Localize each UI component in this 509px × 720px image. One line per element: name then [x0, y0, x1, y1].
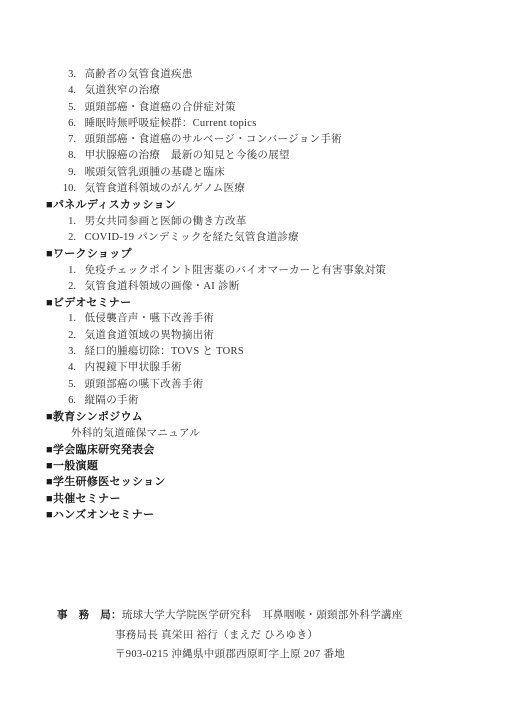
- section-items: 1. 低侵襲音声・嚥下改善手術 2. 気道食道領域の異物摘出術 3. 経口的腫瘍…: [46, 311, 486, 409]
- program-section: ■ハンズオンセミナー: [46, 507, 486, 523]
- section-heading: ■学生研修医セッション: [46, 474, 486, 490]
- section-heading: ■ハンズオンセミナー: [46, 507, 486, 523]
- program-section: ■ワークショップ 1. 免疫チェックポイント阻害薬のバイオマーカーと有害事象対策…: [46, 246, 486, 295]
- list-item: 3. 経口的腫瘍切除：TOVS と TORS: [46, 344, 486, 360]
- list-item: 2. 気道食道領域の異物摘出術: [46, 328, 486, 344]
- program-section: ■教育シンポジウム 外科的気道確保マニュアル: [46, 409, 486, 442]
- item-text: 高齢者の気管食道疾患: [85, 69, 193, 80]
- item-number: 1.: [46, 311, 76, 327]
- square-bullet-icon: ■: [46, 248, 53, 260]
- section-heading: ■ワークショップ: [46, 246, 486, 262]
- program-section: ■学会臨床研究発表会: [46, 442, 486, 458]
- program-section: ■共催セミナー: [46, 491, 486, 507]
- square-bullet-icon: ■: [46, 493, 53, 505]
- item-number: 6.: [46, 393, 76, 409]
- item-text: 気道狭窄の治療: [85, 85, 161, 96]
- section-title: パネルディスカッション: [53, 199, 176, 211]
- item-number: 6.: [46, 116, 76, 132]
- section-title: 共催セミナー: [53, 493, 121, 505]
- item-text: 男女共同参画と医師の働き方改革: [85, 216, 247, 227]
- item-number: 9.: [46, 165, 76, 181]
- list-item: 10. 気管食道科領域のがんゲノム医療: [46, 181, 486, 197]
- item-number: 1.: [46, 263, 76, 279]
- section-heading: ■ビデオセミナー: [46, 295, 486, 311]
- document-page: 3. 高齢者の気管食道疾患 4. 気道狭窄の治療 5. 頭頸部癌・食道癌の合併症…: [0, 0, 509, 720]
- item-number: 8.: [46, 148, 76, 164]
- item-text: 免疫チェックポイント阻害薬のバイオマーカーと有害事象対策: [85, 265, 387, 276]
- item-text: 睡眠時無呼吸症候群：Current topics: [85, 118, 257, 129]
- list-item: 3. 高齢者の気管食道疾患: [46, 67, 486, 83]
- section-heading: ■学会臨床研究発表会: [46, 442, 486, 458]
- section-title: ワークショップ: [53, 248, 132, 260]
- program-section: ■学生研修医セッション: [46, 474, 486, 490]
- item-text: 気管食道科領域のがんゲノム医療: [85, 183, 246, 194]
- section-title: ハンズオンセミナー: [53, 509, 154, 521]
- item-number: 4.: [46, 83, 76, 99]
- item-number: 3.: [46, 344, 76, 360]
- section-heading: ■教育シンポジウム: [46, 409, 486, 425]
- section-heading: ■共催セミナー: [46, 491, 486, 507]
- continued-numbered-list: 3. 高齢者の気管食道疾患 4. 気道狭窄の治療 5. 頭頸部癌・食道癌の合併症…: [46, 67, 486, 197]
- list-item: 8. 甲状腺癌の治療 最新の知見と今後の展望: [46, 148, 486, 164]
- list-item: 4. 内視鏡下甲状腺手術: [46, 360, 486, 376]
- item-text: 頭頸部癌・食道癌のサルベージ・コンバージョン手術: [85, 134, 342, 145]
- item-text: 縦隔の手術: [85, 395, 139, 406]
- item-number: 5.: [46, 377, 76, 393]
- section-title: ビデオセミナー: [53, 297, 132, 309]
- section-items: 外科的気道確保マニュアル: [46, 426, 486, 442]
- list-item: 9. 喉頭気管乳頭腫の基礎と臨床: [46, 165, 486, 181]
- item-number: 1.: [46, 214, 76, 230]
- list-item: 5. 頭頸部癌・食道癌の合併症対策: [46, 100, 486, 116]
- program-sections: ■パネルディスカッション 1. 男女共同参画と医師の働き方改革 2. COVID…: [46, 197, 486, 523]
- item-text: 喉頭気管乳頭腫の基礎と臨床: [85, 167, 225, 178]
- program-list: 3. 高齢者の気管食道疾患 4. 気道狭窄の治療 5. 頭頸部癌・食道癌の合併症…: [46, 67, 486, 523]
- section-items: 1. 男女共同参画と医師の働き方改革 2. COVID-19 パンデミックを経た…: [46, 214, 486, 247]
- item-number: 10.: [46, 181, 76, 197]
- secretariat-office-row: 事 務 局：琉球大学大学院医学研究科 耳鼻咽喉・頭頸部外科学講座: [57, 606, 403, 626]
- square-bullet-icon: ■: [46, 460, 53, 472]
- section-items: 1. 免疫チェックポイント阻害薬のバイオマーカーと有害事象対策 2. 気管食道科…: [46, 263, 486, 296]
- list-item: 2. COVID-19 パンデミックを経た気管食道診療: [46, 230, 486, 246]
- item-number: 3.: [46, 67, 76, 83]
- square-bullet-icon: ■: [46, 199, 53, 211]
- square-bullet-icon: ■: [46, 444, 53, 456]
- section-heading: ■パネルディスカッション: [46, 197, 486, 213]
- list-item: 4. 気道狭窄の治療: [46, 83, 486, 99]
- secretariat-address: 〒903-0215 沖縄県中頭郡西原町字上原 207 番地: [57, 645, 403, 665]
- section-title: 一般演題: [53, 460, 98, 472]
- item-number: 2.: [46, 230, 76, 246]
- square-bullet-icon: ■: [46, 297, 53, 309]
- list-item: 1. 免疫チェックポイント阻害薬のバイオマーカーと有害事象対策: [46, 263, 486, 279]
- item-number: 7.: [46, 132, 76, 148]
- list-item: 6. 睡眠時無呼吸症候群：Current topics: [46, 116, 486, 132]
- item-text: 甲状腺癌の治療 最新の知見と今後の展望: [85, 150, 290, 161]
- list-item: 2. 気管食道科領域の画像・AI 診断: [46, 279, 486, 295]
- list-item: 6. 縦隔の手術: [46, 393, 486, 409]
- list-item: 1. 低侵襲音声・嚥下改善手術: [46, 311, 486, 327]
- item-text: COVID-19 パンデミックを経た気管食道診療: [85, 232, 299, 243]
- item-text: 内視鏡下甲状腺手術: [85, 362, 182, 373]
- program-section: ■一般演題: [46, 458, 486, 474]
- item-text: 気管食道科領域の画像・AI 診断: [85, 281, 240, 292]
- item-text: 頭頸部癌の嚥下改善手術: [85, 379, 204, 390]
- section-title: 学会臨床研究発表会: [53, 444, 155, 456]
- list-item: 1. 男女共同参画と医師の働き方改革: [46, 214, 486, 230]
- program-section: ■ビデオセミナー 1. 低侵襲音声・嚥下改善手術 2. 気道食道領域の異物摘出術…: [46, 295, 486, 409]
- item-text: 低侵襲音声・嚥下改善手術: [85, 313, 215, 324]
- list-item: 7. 頭頸部癌・食道癌のサルベージ・コンバージョン手術: [46, 132, 486, 148]
- list-item: 5. 頭頸部癌の嚥下改善手術: [46, 377, 486, 393]
- item-number: 2.: [46, 328, 76, 344]
- item-number: 2.: [46, 279, 76, 295]
- item-text: 頭頸部癌・食道癌の合併症対策: [85, 102, 236, 113]
- square-bullet-icon: ■: [46, 509, 53, 521]
- item-text: 外科的気道確保マニュアル: [71, 428, 200, 439]
- square-bullet-icon: ■: [46, 411, 53, 423]
- item-number: 5.: [46, 100, 76, 116]
- list-item: 外科的気道確保マニュアル: [46, 426, 486, 442]
- secretariat-label: 事 務 局：: [57, 609, 122, 621]
- section-heading: ■一般演題: [46, 458, 486, 474]
- program-section: ■パネルディスカッション 1. 男女共同参画と医師の働き方改革 2. COVID…: [46, 197, 486, 246]
- item-text: 気道食道領域の異物摘出術: [85, 330, 215, 341]
- section-title: 教育シンポジウム: [53, 411, 143, 423]
- secretariat-chief: 事務局長 真栄田 裕行（まえだ ひろゆき）: [57, 626, 403, 646]
- secretariat-block: 事 務 局：琉球大学大学院医学研究科 耳鼻咽喉・頭頸部外科学講座 事務局長 真栄…: [57, 606, 403, 665]
- item-text: 経口的腫瘍切除：TOVS と TORS: [85, 346, 244, 357]
- section-title: 学生研修医セッション: [53, 476, 166, 488]
- item-number: 4.: [46, 360, 76, 376]
- square-bullet-icon: ■: [46, 476, 53, 488]
- secretariat-affiliation: 琉球大学大学院医学研究科 耳鼻咽喉・頭頸部外科学講座: [122, 610, 403, 621]
